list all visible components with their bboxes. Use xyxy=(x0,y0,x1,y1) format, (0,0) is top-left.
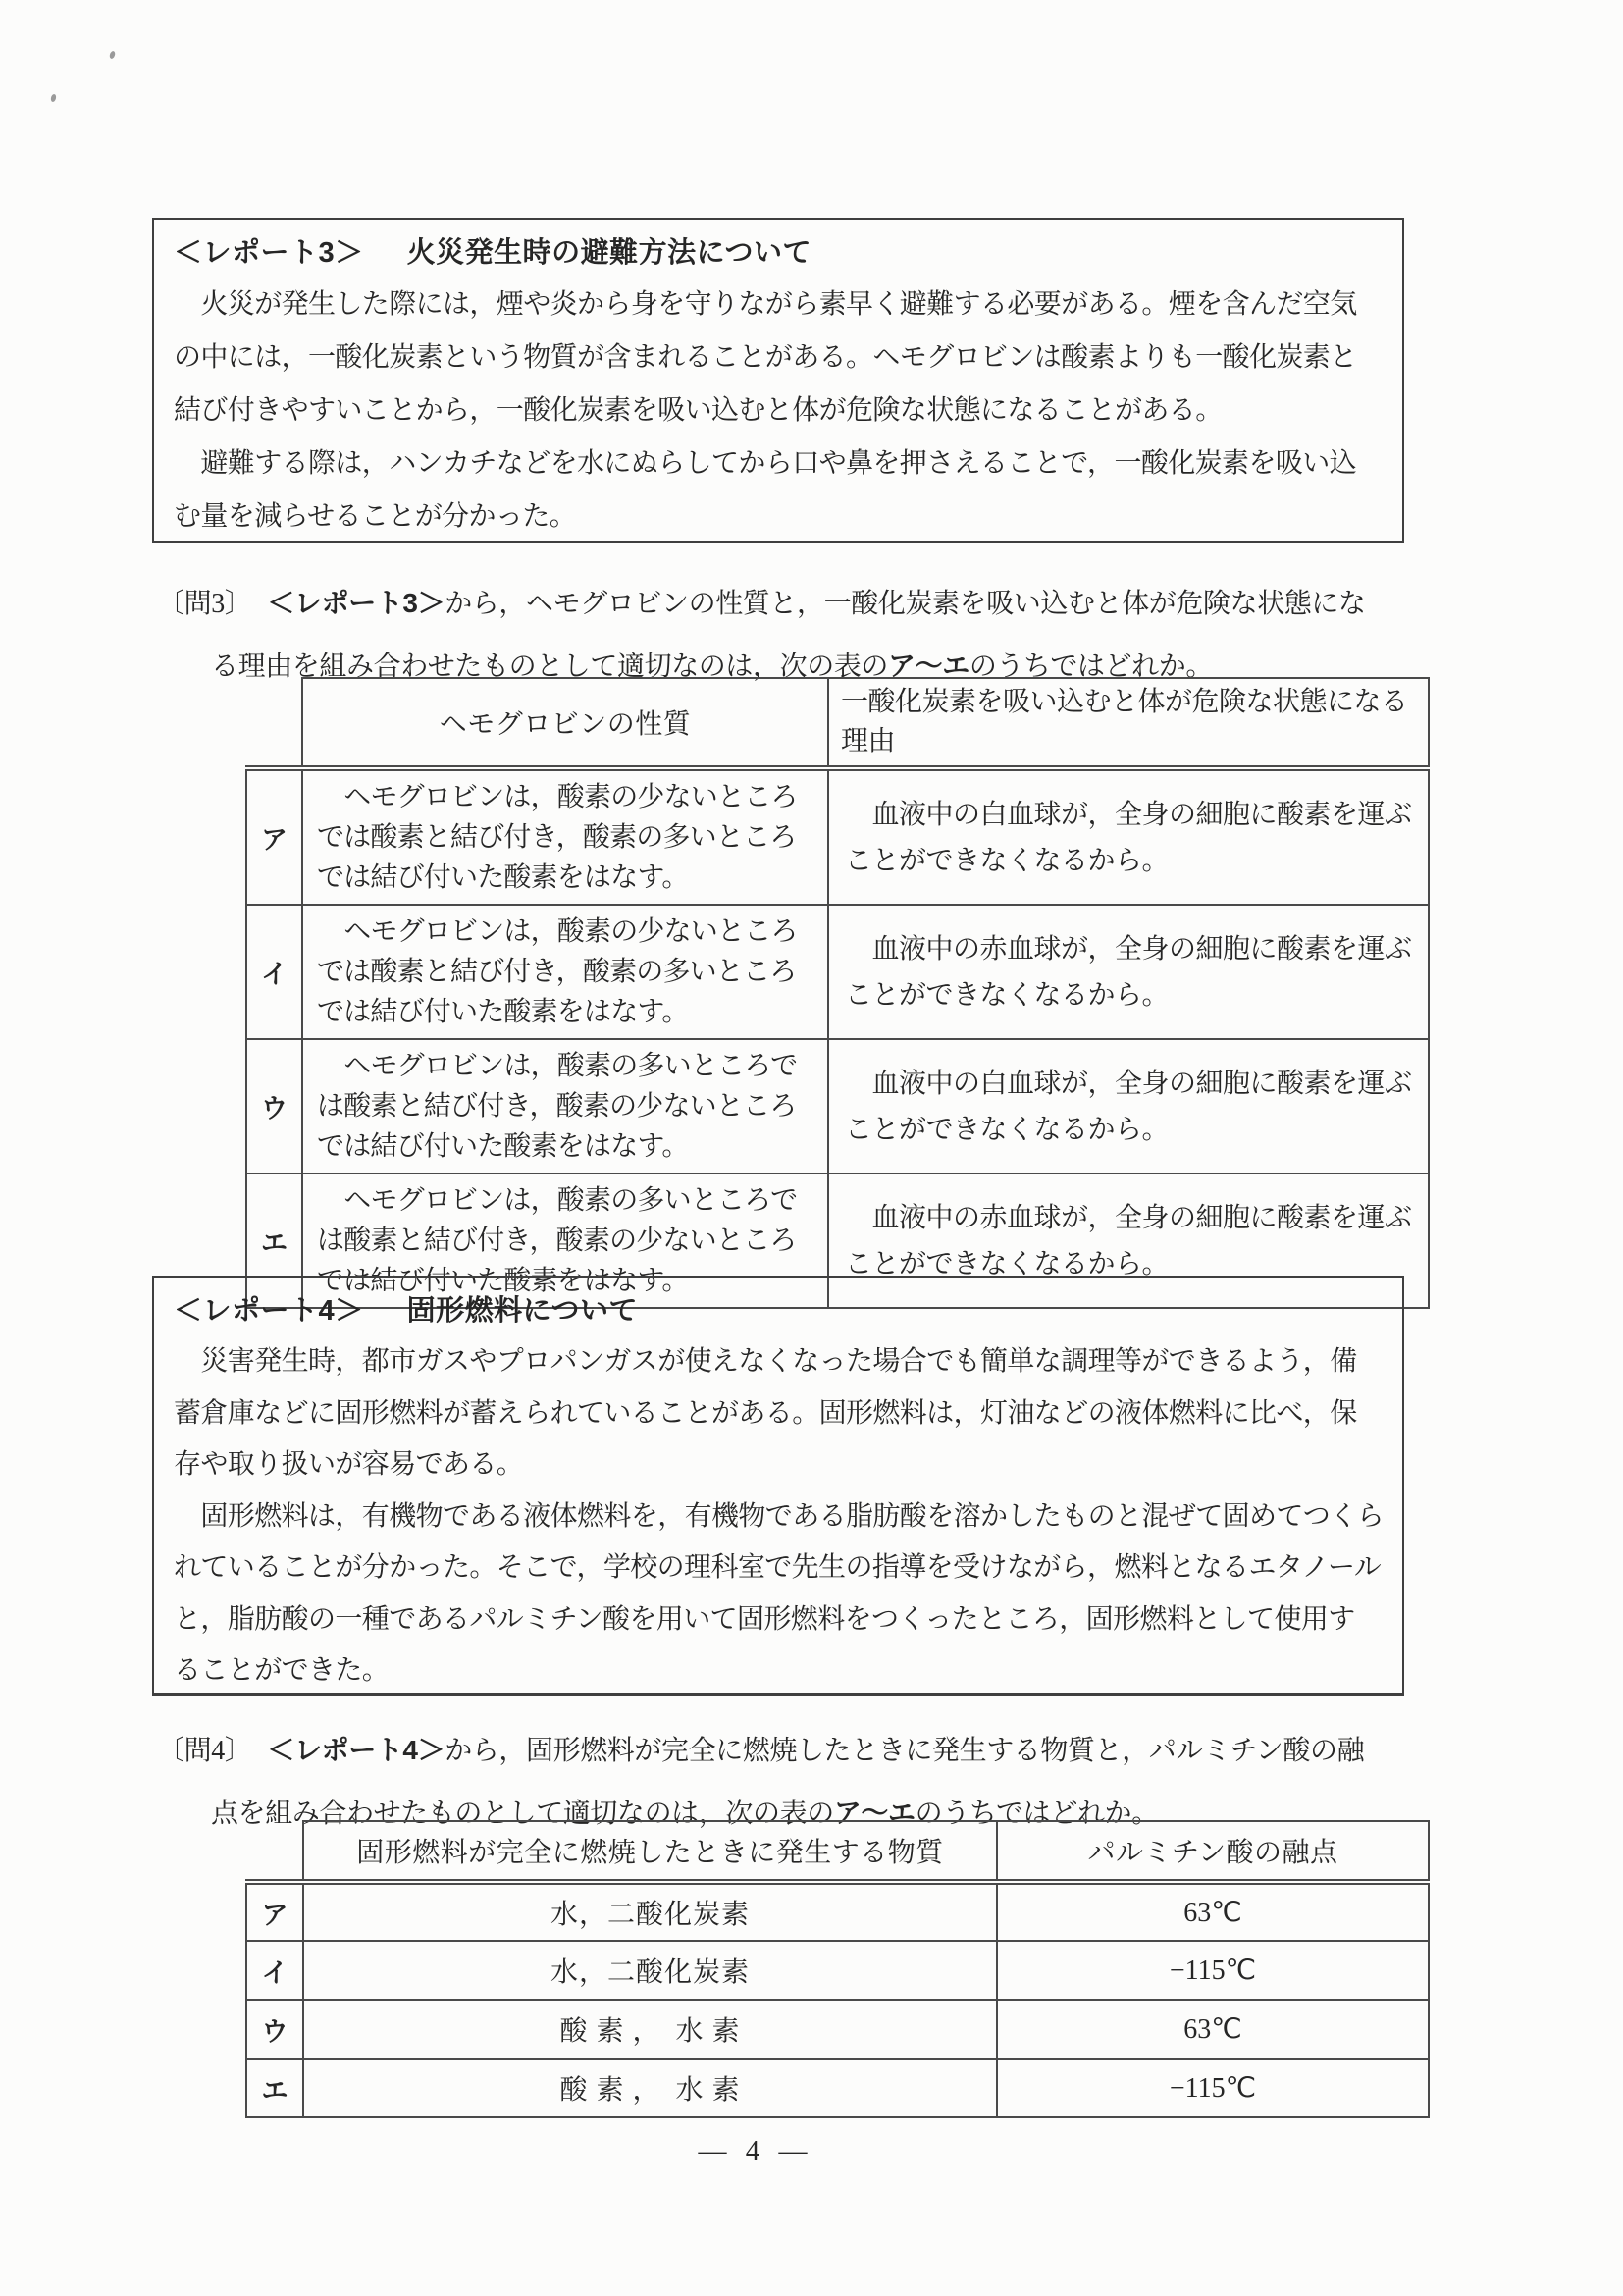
table1-corner-cell xyxy=(246,678,302,768)
report4-heading-label: ＜レポート4＞ xyxy=(174,1295,364,1327)
table-row: ア 水，二酸化炭素 63℃ xyxy=(246,1882,1429,1941)
question4-line1: 〔問4〕＜レポート4＞から，固形燃料が完全に燃焼したときに発生する物質と，パルミ… xyxy=(157,1719,1482,1782)
option-substance: 水，二酸化炭素 xyxy=(303,1882,997,1941)
option-property: ヘモグロビンは，酸素の少ないところでは酸素と結び付き，酸素の多いところでは結び付… xyxy=(302,905,828,1039)
option-property: ヘモグロビンは，酸素の少ないところでは酸素と結び付き，酸素の多いところでは結び付… xyxy=(302,768,828,905)
option-reason: 血液中の白血球が，全身の細胞に酸素を運ぶことができなくなるから。 xyxy=(828,768,1429,905)
option-melting-point: 63℃ xyxy=(997,1882,1429,1941)
table2-corner-cell xyxy=(246,1821,303,1882)
option-substance: 酸 素 ， 水 素 xyxy=(303,2059,997,2117)
option-reason: 血液中の白血球が，全身の細胞に酸素を運ぶことができなくなるから。 xyxy=(828,1039,1429,1174)
report4-text-line: 固形燃料は，有機物である液体燃料を，有機物である脂肪酸を溶かしたものと混ぜて固め… xyxy=(174,1491,1383,1543)
table-row: ウ ヘモグロビンは，酸素の多いところでは酸素と結び付き，酸素の少ないところでは結… xyxy=(246,1039,1429,1174)
option-melting-point: −115℃ xyxy=(997,2059,1429,2117)
option-property: ヘモグロビンは，酸素の多いところでは酸素と結び付き，酸素の少ないところでは結び付… xyxy=(302,1039,828,1174)
report3-text-line: 避難する際は，ハンカチなどを水にぬらしてから口や鼻を押さえることで，一酸化炭素を… xyxy=(174,438,1383,491)
report3-heading-title: 火災発生時の避難方法について xyxy=(407,237,811,269)
table-row: エ 酸 素 ， 水 素 −115℃ xyxy=(246,2059,1429,2117)
question3-report-ref: ＜レポート3＞ xyxy=(267,588,445,618)
page-number: — 4 — xyxy=(699,2135,813,2167)
report4-text-line: 災害発生時，都市ガスやプロパンガスが使えなくなった場合でも簡単な調理等ができるよ… xyxy=(174,1336,1383,1388)
option-key: ア xyxy=(246,768,302,905)
option-key: エ xyxy=(246,2059,303,2117)
option-key: ウ xyxy=(246,1039,302,1174)
report4-heading-title: 固形燃料について xyxy=(407,1295,638,1327)
question3-text: から，ヘモグロビンの性質と，一酸化炭素を吸い込むと体が危険な状態にな xyxy=(445,589,1365,619)
option-reason: 血液中の赤血球が，全身の細胞に酸素を運ぶことができなくなるから。 xyxy=(828,905,1429,1039)
q4-options-table: 固形燃料が完全に燃焼したときに発生する物質 パルミチン酸の融点 ア 水，二酸化炭… xyxy=(245,1820,1430,2118)
report4-text-line: ることができた。 xyxy=(174,1645,1383,1697)
option-key: ア xyxy=(246,1882,303,1941)
report3-box: ＜レポート3＞火災発生時の避難方法について 火災が発生した際には，煙や炎から身を… xyxy=(152,218,1404,543)
q3-options-table: ヘモグロビンの性質 一酸化炭素を吸い込むと体が危険な状態になる理由 ア ヘモグロ… xyxy=(245,677,1430,1309)
report3-text-line: 火災が発生した際には，煙や炎から身を守りながら素早く避難する必要がある。煙を含ん… xyxy=(174,279,1383,332)
question3-label: 〔問3〕 xyxy=(157,589,251,619)
option-key: イ xyxy=(246,905,302,1039)
report3-text-line: む量を減らせることが分かった。 xyxy=(174,491,1383,544)
report4-box: ＜レポート4＞固形燃料について 災害発生時，都市ガスやプロパンガスが使えなくなっ… xyxy=(152,1276,1404,1696)
report3-text-line: 結び付きやすいことから，一酸化炭素を吸い込むと体が危険な状態になることがある。 xyxy=(174,385,1383,438)
table2-header-melting-point: パルミチン酸の融点 xyxy=(997,1821,1429,1882)
option-substance: 水，二酸化炭素 xyxy=(303,1941,997,2000)
report3-heading-label: ＜レポート3＞ xyxy=(174,237,364,269)
table-row: イ ヘモグロビンは，酸素の少ないところでは酸素と結び付き，酸素の多いところでは結… xyxy=(246,905,1429,1039)
table2-header-substance: 固形燃料が完全に燃焼したときに発生する物質 xyxy=(303,1821,997,1882)
option-key: イ xyxy=(246,1941,303,2000)
scan-speck xyxy=(50,93,57,102)
report4-text-line: と，脂肪酸の一種であるパルミチン酸を用いて固形燃料をつくったところ，固形燃料とし… xyxy=(174,1594,1383,1646)
report4-text-line: れていることが分かった。そこで，学校の理科室で先生の指導を受けながら，燃料となる… xyxy=(174,1542,1383,1594)
option-substance: 酸 素 ， 水 素 xyxy=(303,2000,997,2059)
table-row: ウ 酸 素 ， 水 素 63℃ xyxy=(246,2000,1429,2059)
option-melting-point: −115℃ xyxy=(997,1941,1429,2000)
report3-text-line: の中には，一酸化炭素という物質が含まれることがある。ヘモグロビンは酸素よりも一酸… xyxy=(174,332,1383,385)
question4-report-ref: ＜レポート4＞ xyxy=(267,1735,445,1765)
question4-text: から，固形燃料が完全に燃焼したときに発生する物質と，パルミチン酸の融 xyxy=(445,1736,1364,1766)
report4-text-line: 存や取り扱いが容易である。 xyxy=(174,1439,1383,1491)
table1-header-reason: 一酸化炭素を吸い込むと体が危険な状態になる理由 xyxy=(828,678,1429,768)
table-row: ア ヘモグロビンは，酸素の少ないところでは酸素と結び付き，酸素の多いところでは結… xyxy=(246,768,1429,905)
scan-speck xyxy=(109,50,116,59)
table1-header-property: ヘモグロビンの性質 xyxy=(302,678,828,768)
table-row: イ 水，二酸化炭素 −115℃ xyxy=(246,1941,1429,2000)
option-melting-point: 63℃ xyxy=(997,2000,1429,2059)
report4-heading: ＜レポート4＞固形燃料について xyxy=(174,1285,1383,1336)
question4-label: 〔問4〕 xyxy=(157,1736,251,1766)
report3-heading: ＜レポート3＞火災発生時の避難方法について xyxy=(174,228,1383,279)
option-key: ウ xyxy=(246,2000,303,2059)
question3-line1: 〔問3〕＜レポート3＞から，ヘモグロビンの性質と，一酸化炭素を吸い込むと体が危険… xyxy=(157,572,1482,635)
report4-text-line: 蓄倉庫などに固形燃料が蓄えられていることがある。固形燃料は，灯油などの液体燃料に… xyxy=(174,1388,1383,1440)
exam-page: ＜レポート3＞火災発生時の避難方法について 火災が発生した際には，煙や炎から身を… xyxy=(0,0,1623,2296)
